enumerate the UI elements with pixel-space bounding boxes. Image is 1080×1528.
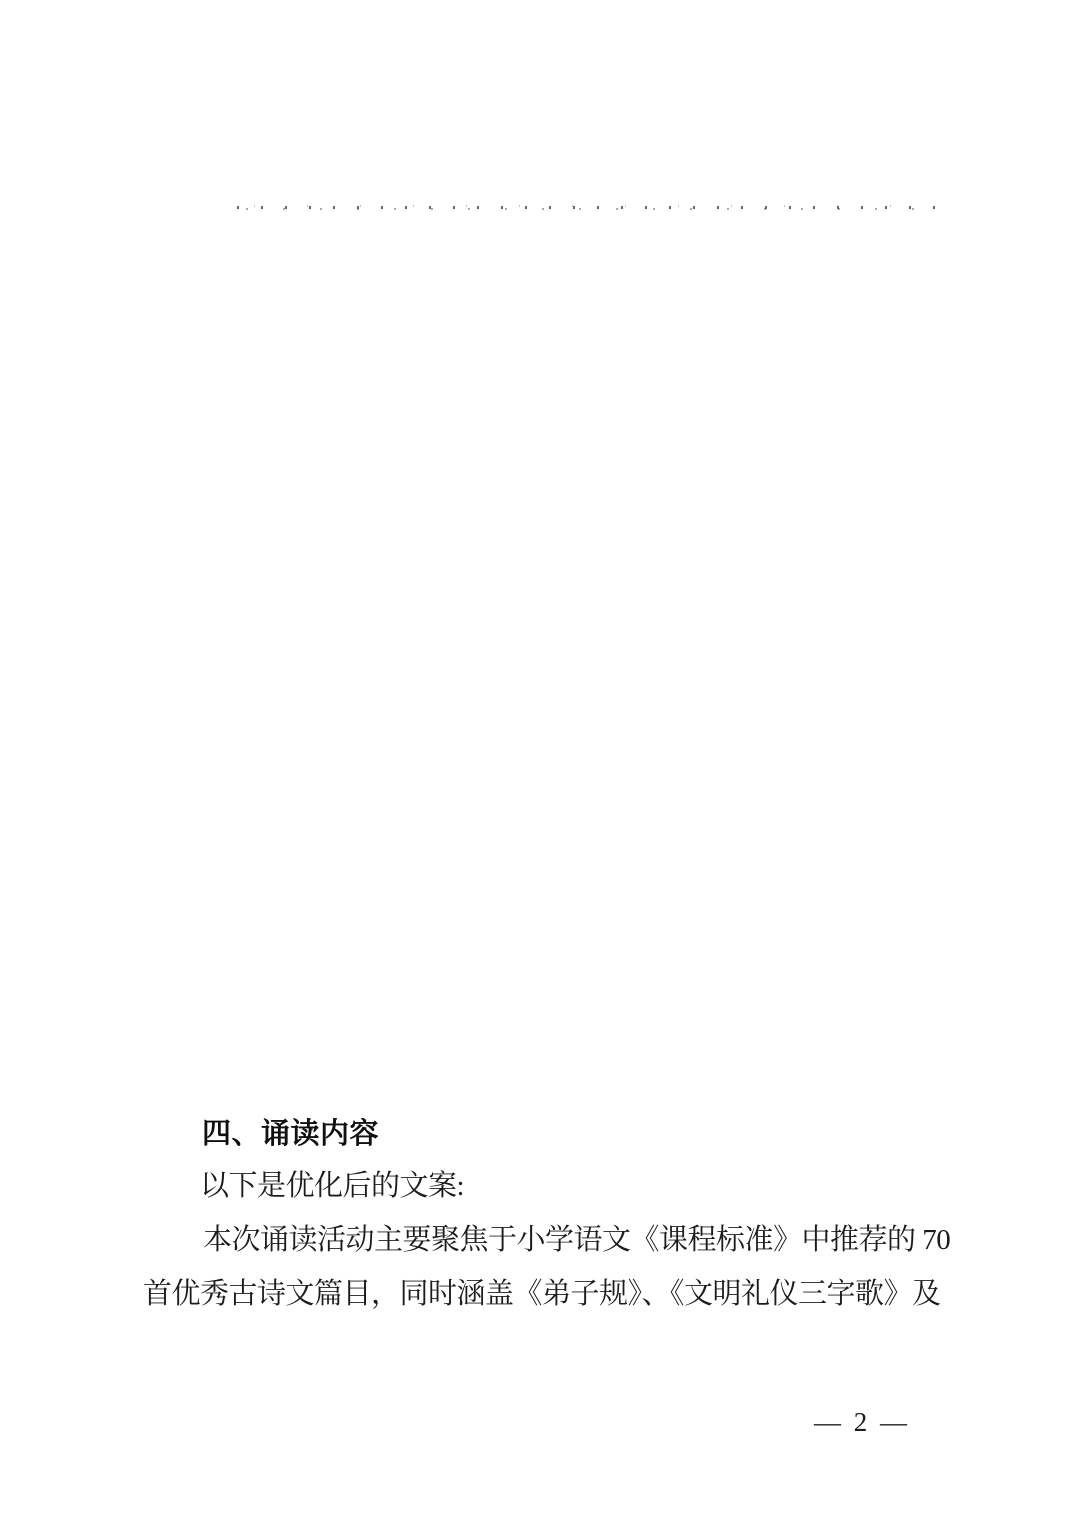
paragraph-intro-line: 以下是优化后的文案: bbox=[200, 1164, 464, 1208]
paragraph-body-line-1: 本次诵读活动主要聚焦于小学语文《课程标准》中推荐的 70 bbox=[203, 1218, 950, 1262]
clipped-text-remnants bbox=[237, 204, 940, 212]
page-number: — 2 — bbox=[814, 1404, 910, 1440]
document-page: 四、诵读内容 以下是优化后的文案: 本次诵读活动主要聚焦于小学语文《课程标准》中… bbox=[0, 0, 1080, 1528]
section-heading: 四、诵读内容 bbox=[202, 1112, 379, 1156]
paragraph-body-line-2: 首优秀古诗文篇目，同时涵盖《弟子规》、《文明礼仪三字歌》及 bbox=[143, 1272, 941, 1316]
